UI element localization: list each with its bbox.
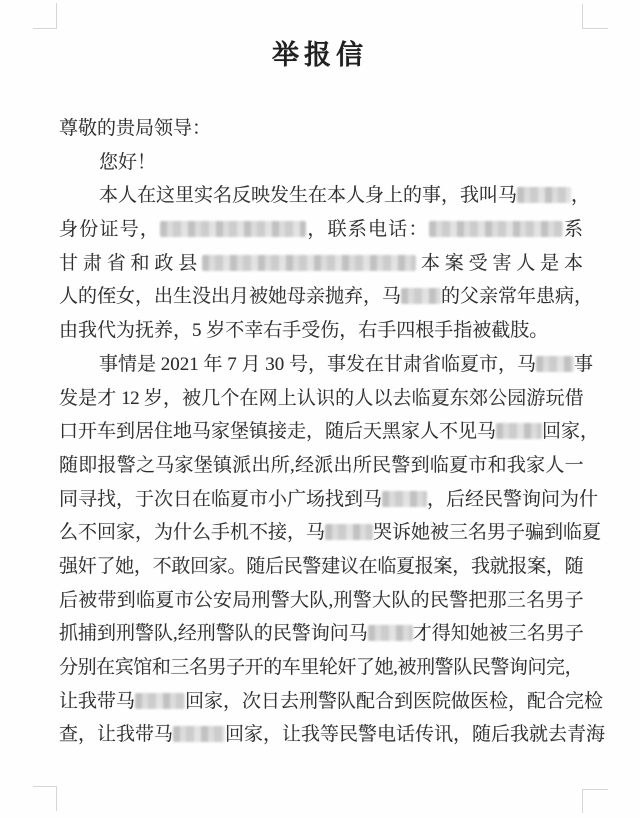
text-run: 口开车到居住地马家堡镇接走，随后天黑家人不见马 (59, 421, 496, 442)
text-run: 由我代为抚养，5 岁不幸右手受伤，右手四根手指被截肢。 (59, 320, 548, 341)
text-line: 由我代为抚养，5 岁不幸右手受伤，右手四根手指被截肢。 (59, 314, 583, 348)
text-run: 甘肃省和政县 (59, 253, 202, 274)
text-line: 抓捕到刑警队,经刑警队的民警询问马才得知她被三名男子 (59, 617, 583, 651)
page-title: 举报信 (0, 33, 640, 72)
redaction-block (429, 221, 563, 237)
letter-body: 尊敬的贵局领导：您好！本人在这里实名反映发生在本人身上的事，我叫马，身份证号，，… (59, 112, 583, 752)
text-run: 回家，让我等民警电话传讯，随后我就去青海 (225, 724, 605, 745)
text-line: 么不回家，为什么手机不接，马哭诉她被三名男子骗到临夏 (59, 516, 583, 550)
text-run: 您好！ (99, 152, 156, 173)
crop-mark-bottom-right (582, 789, 608, 813)
text-run: 系 (563, 219, 583, 240)
redaction-block (536, 356, 574, 372)
text-line: 强奸了她，不敢回家。随后民警建议在临夏报案，我就报案，随 (59, 550, 583, 584)
text-run: 分别在宾馆和三名男子开的车里轮奸了她,被刑警队民警询问完， (59, 657, 583, 678)
text-run: 尊敬的贵局领导： (59, 118, 211, 139)
text-line: 随即报警之马家堡镇派出所,经派出所民警到临夏市和我家人一 (59, 449, 583, 483)
text-run: 同寻找，于次日在临夏市小广场找到马 (59, 489, 382, 510)
text-run: ， (571, 185, 590, 206)
document-page: 举报信 尊敬的贵局领导：您好！本人在这里实名反映发生在本人身上的事，我叫马，身份… (0, 0, 640, 818)
text-run: 事 (574, 354, 593, 375)
redaction-block (325, 524, 373, 540)
text-run: 么不回家，为什么手机不接，马 (59, 522, 325, 543)
text-run: 身份证号， (59, 219, 160, 240)
redaction-block (368, 625, 413, 641)
crop-mark-top-left (33, 3, 57, 29)
text-run: 回家， (542, 421, 599, 442)
text-line: 甘肃省和政县本案受害人是本 (59, 247, 583, 281)
text-run: 抓捕到刑警队,经刑警队的民警询问马 (59, 623, 368, 644)
text-line: 口开车到居住地马家堡镇接走，随后天黑家人不见马回家， (59, 415, 583, 449)
redaction-block (496, 423, 542, 439)
text-run: 让我带马 (59, 691, 135, 712)
text-run: 后被带到临夏市公安局刑警大队,刑警大队的民警把那三名男子 (59, 590, 583, 611)
text-line: 分别在宾馆和三名男子开的车里轮奸了她,被刑警队民警询问完， (59, 651, 583, 685)
text-line: 查，让我带马回家，让我等民警电话传讯，随后我就去青海 (59, 718, 583, 752)
text-line: 发是才 12 岁，被几个在网上认识的人以去临夏东郊公园游玩借 (59, 382, 583, 416)
text-run: ，后经民警询问为什 (427, 489, 598, 510)
text-run: 人的侄女，出生没出月被她母亲抛弃，马 (59, 286, 401, 307)
text-run: ，联系电话： (306, 219, 429, 240)
redaction-block (160, 221, 306, 237)
redaction-block (517, 187, 571, 203)
text-run: 强奸了她，不敢回家。随后民警建议在临夏报案，我就报案，随 (59, 556, 583, 577)
redaction-block (401, 288, 441, 304)
redaction-block (202, 255, 416, 271)
text-line: 让我带马回家，次日去刑警队配合到医院做医检，配合完检 (59, 685, 583, 719)
text-line: 尊敬的贵局领导： (59, 112, 583, 146)
text-run: 发是才 12 岁，被几个在网上认识的人以去临夏东郊公园游玩借 (59, 388, 583, 409)
redaction-block (382, 491, 427, 507)
text-run: 的父亲常年患病， (441, 286, 593, 307)
text-run: 本人在这里实名反映发生在本人身上的事，我叫马 (99, 185, 517, 206)
text-line: 本人在这里实名反映发生在本人身上的事，我叫马， (59, 179, 583, 213)
text-line: 身份证号，，联系电话：系 (59, 213, 583, 247)
crop-mark-top-right (582, 4, 608, 29)
text-run: 事情是 2021 年 7 月 30 号，事发在甘肃省临夏市，马 (99, 354, 536, 375)
text-run: 随即报警之马家堡镇派出所,经派出所民警到临夏市和我家人一 (59, 455, 583, 476)
redaction-block (135, 693, 185, 709)
text-line: 同寻找，于次日在临夏市小广场找到马，后经民警询问为什 (59, 483, 583, 517)
text-line: 后被带到临夏市公安局刑警大队,刑警大队的民警把那三名男子 (59, 584, 583, 618)
text-line: 您好！ (59, 146, 583, 180)
text-run: 回家，次日去刑警队配合到医院做医检，配合完检 (185, 691, 603, 712)
text-line: 人的侄女，出生没出月被她母亲抛弃，马的父亲常年患病， (59, 280, 583, 314)
text-line: 事情是 2021 年 7 月 30 号，事发在甘肃省临夏市，马事 (59, 348, 583, 382)
redaction-block (173, 726, 225, 742)
text-run: 哭诉她被三名男子骗到临夏 (373, 522, 601, 543)
text-run: 本案受害人是本 (416, 253, 583, 274)
text-run: 查，让我带马 (59, 724, 173, 745)
crop-mark-bottom-left (33, 786, 57, 811)
text-run: 才得知她被三名男子 (413, 623, 584, 644)
